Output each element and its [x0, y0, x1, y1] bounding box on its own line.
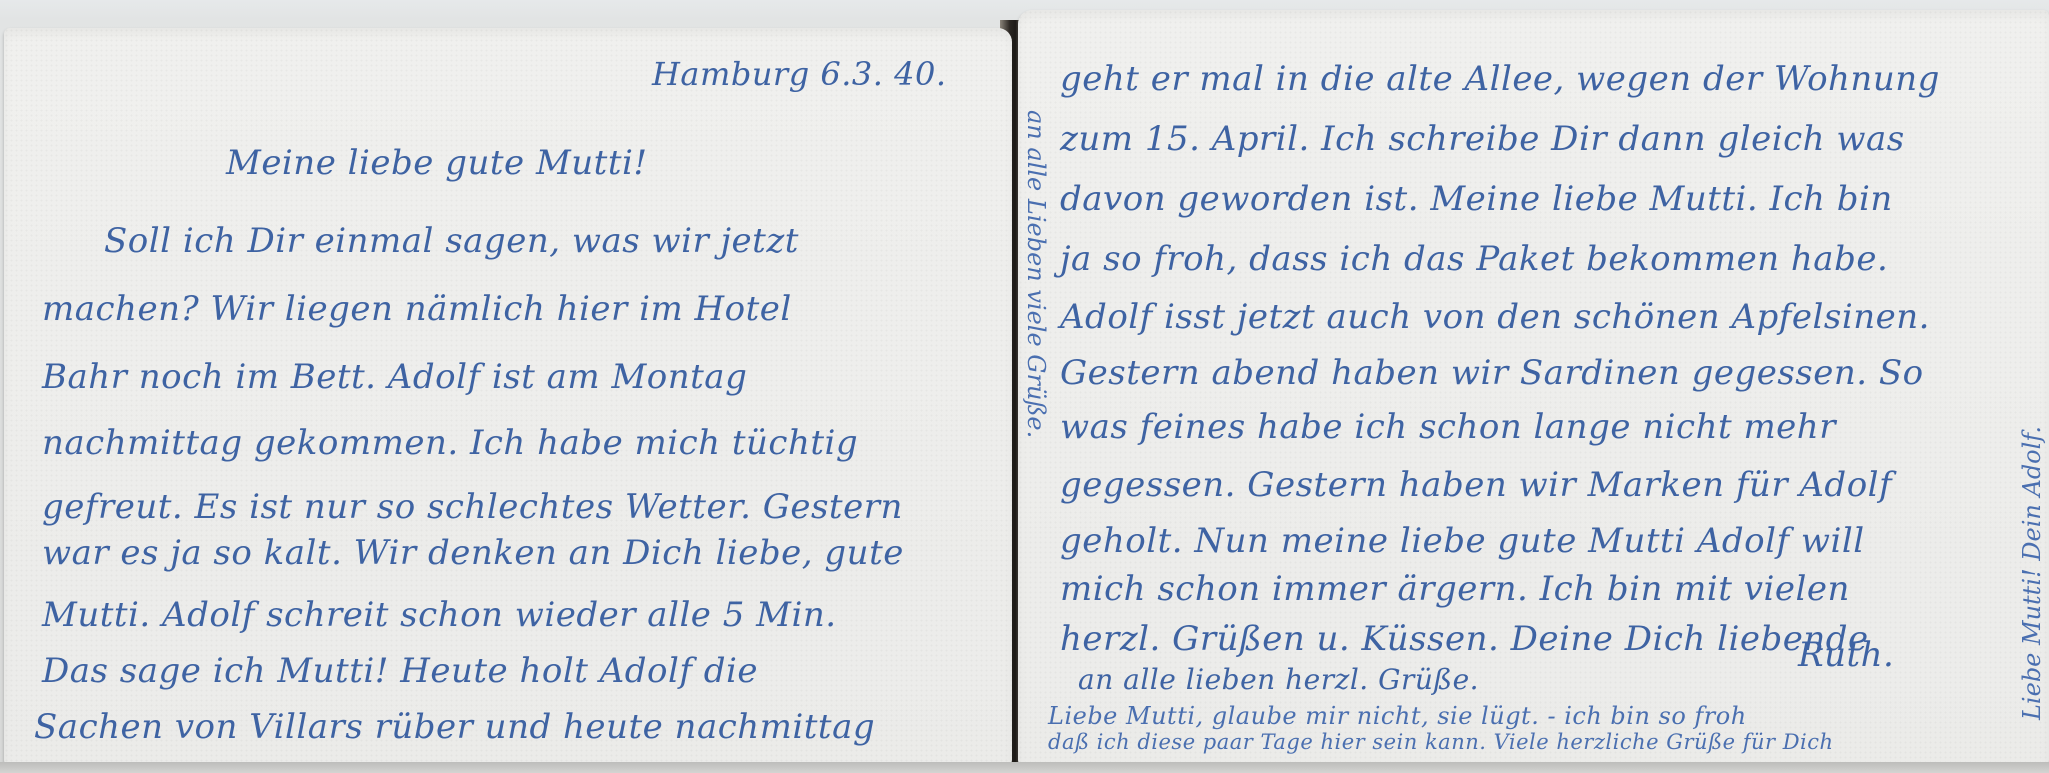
letter-line: Adolf isst jetzt auch von den schönen Ap… — [1060, 300, 1930, 334]
letter-line: war es ja so kalt. Wir denken an Dich li… — [42, 536, 904, 570]
letter-line: Soll ich Dir einmal sagen, was wir jetzt — [104, 224, 799, 258]
place-date: Hamburg 6.3. 40. — [652, 58, 947, 90]
letter-line: gegessen. Gestern haben wir Marken für A… — [1060, 468, 1892, 502]
letter-page-left: Hamburg 6.3. 40. Meine liebe gute Mutti!… — [4, 28, 1012, 766]
letter-line: ja so froh, dass ich das Paket bekommen … — [1060, 242, 1888, 276]
letter-line: gefreut. Es ist nur so schlechtes Wetter… — [42, 490, 903, 524]
scan-bottom-edge — [0, 762, 2049, 773]
letter-line: herzl. Grüßen u. Küssen. Deine Dich lieb… — [1060, 622, 1869, 656]
letter-line: mich schon immer ärgern. Ich bin mit vie… — [1060, 572, 1850, 606]
letter-line: geht er mal in die alte Allee, wegen der… — [1060, 62, 1940, 96]
salutation: Meine liebe gute Mutti! — [226, 146, 648, 180]
letter-line: Das sage ich Mutti! Heute holt Adolf die — [42, 654, 758, 688]
margin-note-right: Liebe Mutti! Dein Adolf. — [2018, 426, 2046, 720]
letter-page-right: geht er mal in die alte Allee, wegen der… — [1018, 10, 2049, 766]
letter-line: machen? Wir liegen nämlich hier im Hotel — [42, 292, 792, 326]
letter-line: Mutti. Adolf schreit schon wieder alle 5… — [42, 598, 837, 632]
postscript-line: daß ich diese paar Tage hier sein kann. … — [1048, 732, 1834, 753]
letter-line: Sachen von Villars rüber und heute nachm… — [34, 710, 875, 744]
postscript-line: Liebe Mutti, glaube mir nicht, sie lügt.… — [1048, 704, 1747, 728]
letter-line: zum 15. April. Ich schreibe Dir dann gle… — [1060, 122, 1905, 156]
letter-scan: Hamburg 6.3. 40. Meine liebe gute Mutti!… — [0, 0, 2049, 773]
letter-line: nachmittag gekommen. Ich habe mich tücht… — [42, 426, 858, 460]
margin-note-left: an alle Lieben viele Grüße. — [1022, 110, 1050, 438]
letter-line: geholt. Nun meine liebe gute Mutti Adolf… — [1060, 524, 1865, 558]
letter-line: Gestern abend haben wir Sardinen gegesse… — [1060, 356, 1924, 390]
letter-line: an alle lieben herzl. Grüße. — [1078, 666, 1479, 694]
signature: Ruth. — [1798, 638, 1894, 672]
letter-line: Bahr noch im Bett. Adolf ist am Montag — [42, 360, 747, 394]
letter-line: was feines habe ich schon lange nicht me… — [1060, 410, 1836, 444]
letter-line: davon geworden ist. Meine liebe Mutti. I… — [1060, 182, 1893, 216]
